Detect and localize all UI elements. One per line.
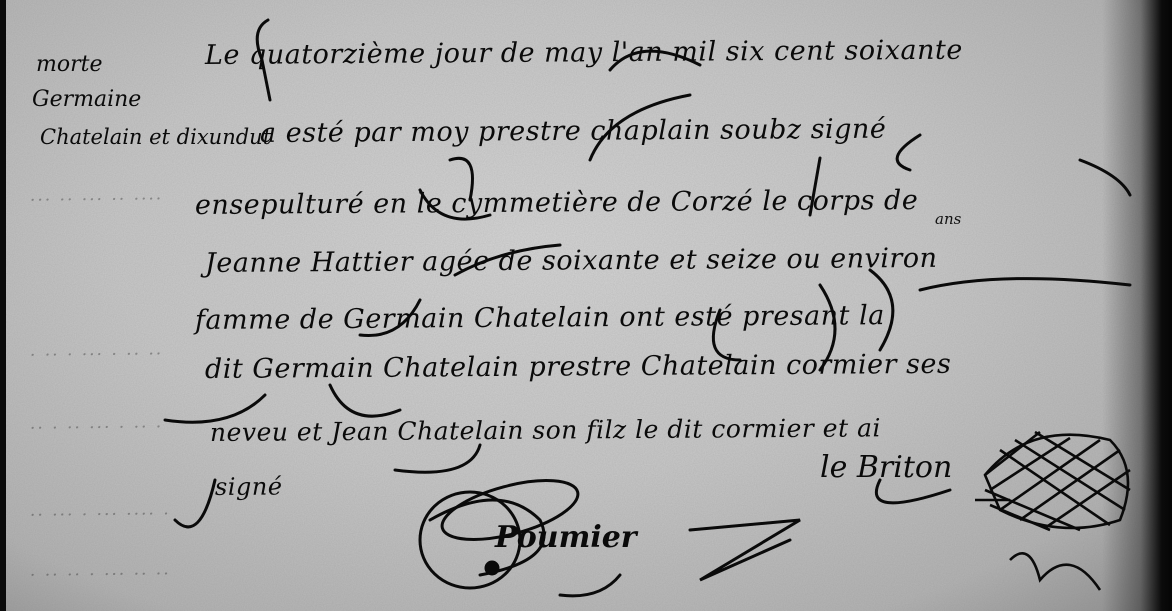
manuscript-page: ··· ·· ··· ·· ···· · ·· · ··· · ·· ·· ··… [0, 0, 1172, 611]
ink-flourishes [0, 0, 1172, 611]
